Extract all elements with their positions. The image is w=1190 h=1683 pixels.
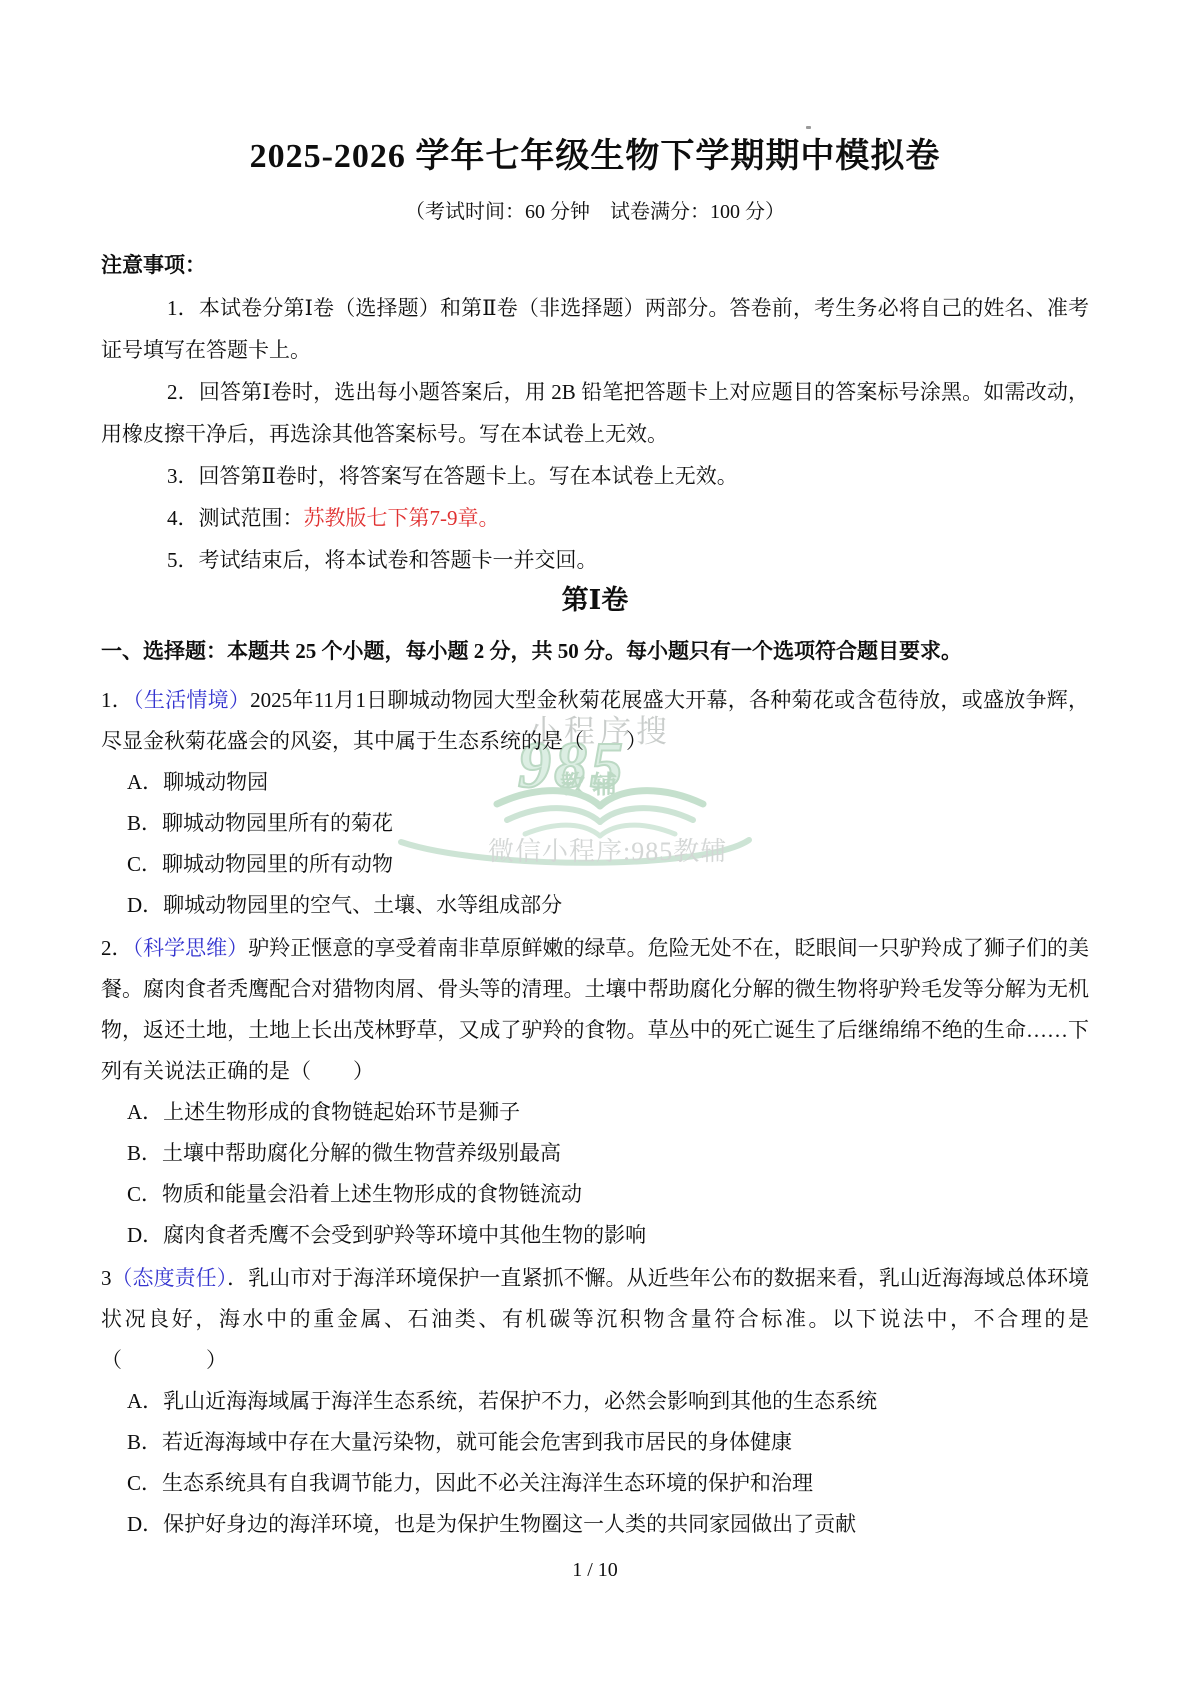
notice-item-2: 2．回答第Ⅰ卷时，选出每小题答案后，用 2B 铅笔把答题卡上对应题目的答案标号涂…	[101, 371, 1089, 455]
question-number: 3	[101, 1266, 112, 1290]
option-b: B．若近海海域中存在大量污染物，就可能会危害到我市居民的身体健康	[101, 1422, 1089, 1463]
option-d: D．保护好身边的海洋环境，也是为保护生物圈这一人类的共同家园做出了贡献	[101, 1504, 1089, 1545]
notice-heading: 注意事项：	[101, 245, 1089, 287]
option-a: A．聊城动物园	[101, 762, 1089, 803]
option-c: C．物质和能量会沿着上述生物形成的食物链流动	[101, 1174, 1089, 1215]
exam-page: 小程序搜 985 教辅 微信小程序:985教辅 2025-2026 学年七年级生…	[0, 0, 1190, 1683]
test-scope: 苏教版七下第7-9章。	[304, 506, 500, 530]
notice-item-1: 1．本试卷分第Ⅰ卷（选择题）和第Ⅱ卷（非选择题）两部分。答卷前，考生务必将自己的…	[101, 287, 1089, 371]
exam-info: （考试时间：60 分钟 试卷满分：100 分）	[101, 200, 1089, 224]
question-1: 1．（生活情境）2025年11月1日聊城动物园大型金秋菊花展盛大开幕，各种菊花或…	[101, 680, 1089, 926]
option-c: C．生态系统具有自我调节能力，因此不必关注海洋生态环境的保护和治理	[101, 1463, 1089, 1504]
section-instruction: 一、选择题：本题共 25 个小题，每小题 2 分，共 50 分。每小题只有一个选…	[101, 630, 1089, 672]
question-stem: 2．（科学思维）驴羚正惬意的享受着南非草原鲜嫩的绿草。危险无处不在，眨眼间一只驴…	[101, 928, 1089, 1092]
page-title: 2025-2026 学年七年级生物下学期期中模拟卷	[101, 136, 1089, 178]
question-stem: 1．（生活情境）2025年11月1日聊城动物园大型金秋菊花展盛大开幕，各种菊花或…	[101, 680, 1089, 762]
notice-section: 注意事项： 1．本试卷分第Ⅰ卷（选择题）和第Ⅱ卷（非选择题）两部分。答卷前，考生…	[101, 245, 1089, 581]
question-3: 3（态度责任）．乳山市对于海洋环境保护一直紧抓不懈。从近些年公布的数据来看，乳山…	[101, 1258, 1089, 1545]
exam-document: 2025-2026 学年七年级生物下学期期中模拟卷 （考试时间：60 分钟 试卷…	[0, 0, 1190, 1683]
question-tag: （科学思维）	[133, 936, 249, 960]
question-tag: （态度责任）	[112, 1266, 228, 1290]
volume-title: 第Ⅰ卷	[101, 581, 1089, 619]
question-text: 2025年11月1日聊城动物园大型金秋菊花展盛大开幕，各种菊花或含苞待放，或盛放…	[101, 688, 1089, 753]
question-2: 2．（科学思维）驴羚正惬意的享受着南非草原鲜嫩的绿草。危险无处不在，眨眼间一只驴…	[101, 928, 1089, 1256]
option-b: B．聊城动物园里所有的菊花	[101, 803, 1089, 844]
option-b: B．土壤中帮助腐化分解的微生物营养级别最高	[101, 1133, 1089, 1174]
option-c: C．聊城动物园里的所有动物	[101, 844, 1089, 885]
notice-item-5: 5．考试结束后，将本试卷和答题卡一并交回。	[101, 539, 1089, 581]
question-tag: （生活情境）	[133, 688, 250, 712]
question-text: 驴羚正惬意的享受着南非草原鲜嫩的绿草。危险无处不在，眨眼间一只驴羚成了狮子们的美…	[101, 936, 1089, 1083]
page-number: 1 / 10	[0, 1556, 1190, 1584]
question-stem: 3（态度责任）．乳山市对于海洋环境保护一直紧抓不懈。从近些年公布的数据来看，乳山…	[101, 1258, 1089, 1381]
notice-item-3: 3．回答第Ⅱ卷时，将答案写在答题卡上。写在本试卷上无效。	[101, 455, 1089, 497]
question-text: ．乳山市对于海洋环境保护一直紧抓不懈。从近些年公布的数据来看，乳山近海海域总体环…	[101, 1266, 1089, 1372]
question-number: 1．	[101, 688, 133, 712]
notice-item-4-prefix: 4．测试范围：	[167, 506, 304, 530]
option-d: D．腐肉食者秃鹰不会受到驴羚等环境中其他生物的影响	[101, 1215, 1089, 1256]
option-a: A．上述生物形成的食物链起始环节是狮子	[101, 1092, 1089, 1133]
notice-item-4: 4．测试范围：苏教版七下第7-9章。	[101, 497, 1089, 539]
option-a: A．乳山近海海域属于海洋生态系统，若保护不力，必然会影响到其他的生态系统	[101, 1381, 1089, 1422]
questions-section: 1．（生活情境）2025年11月1日聊城动物园大型金秋菊花展盛大开幕，各种菊花或…	[101, 680, 1089, 1545]
option-d: D．聊城动物园里的空气、土壤、水等组成部分	[101, 885, 1089, 926]
question-number: 2．	[101, 936, 133, 960]
